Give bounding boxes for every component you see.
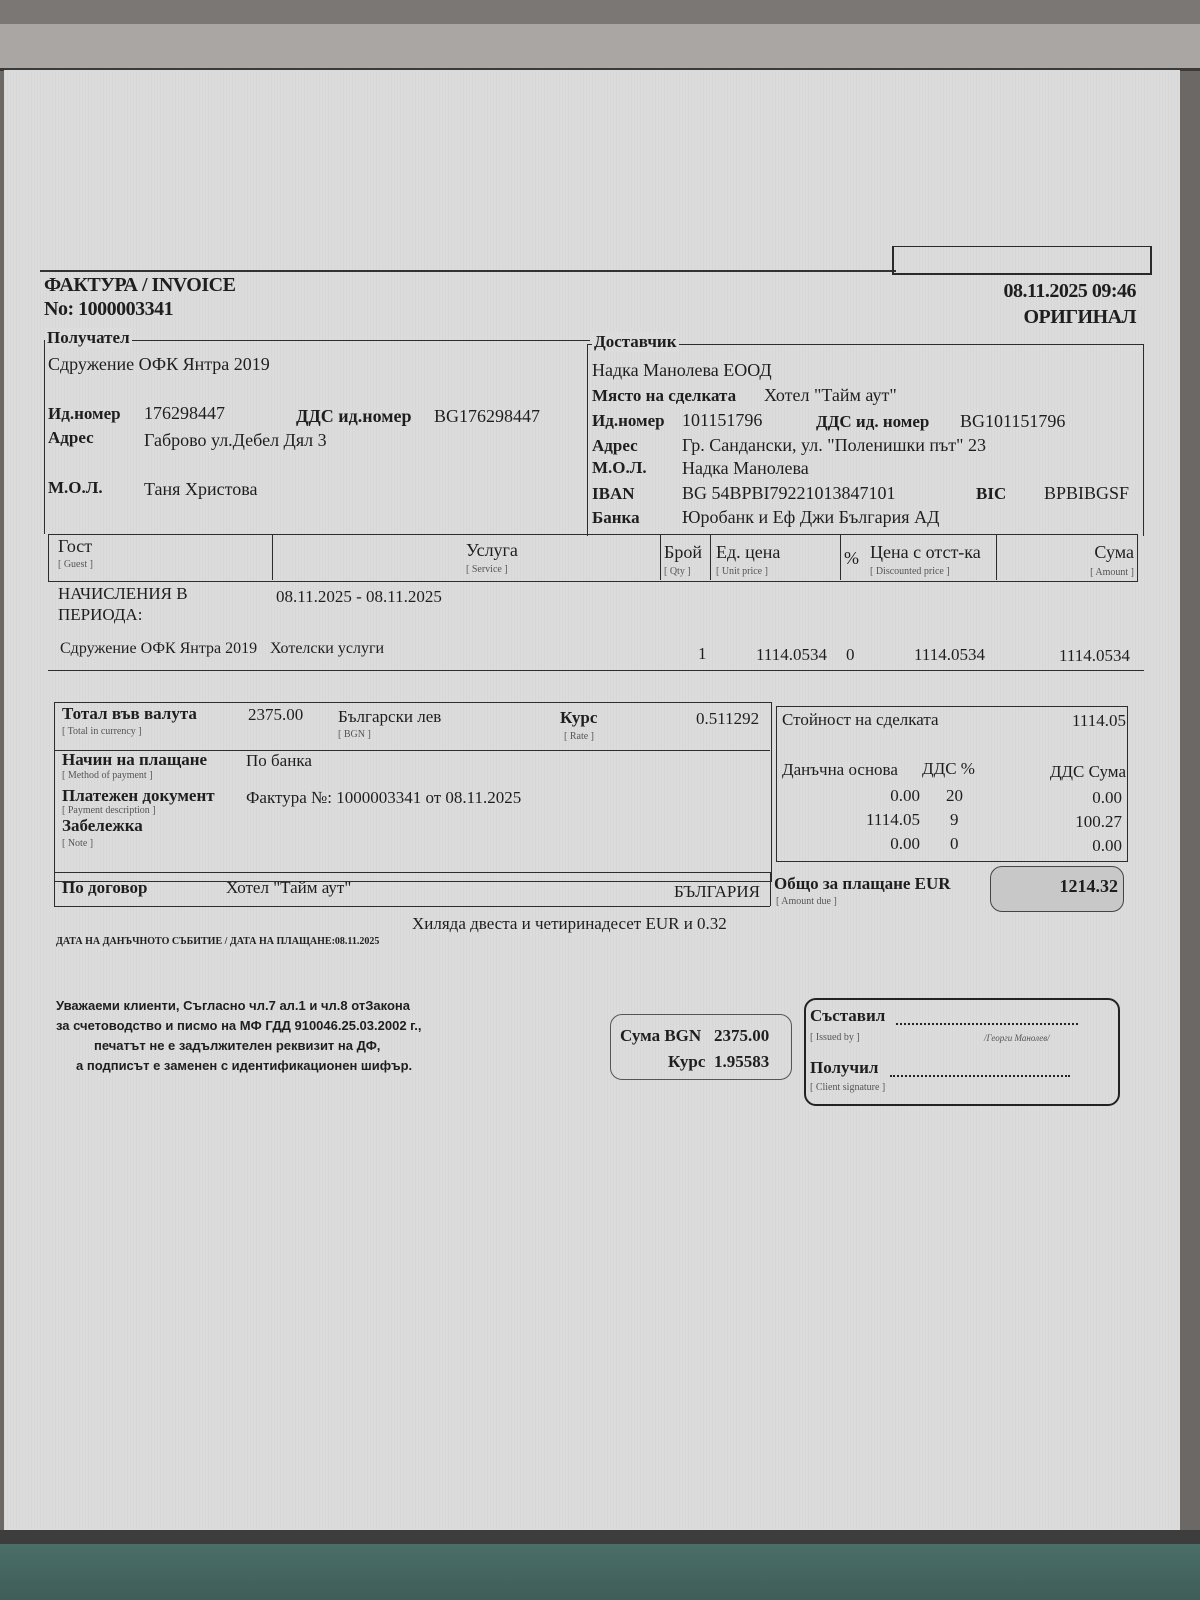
header-blank-box xyxy=(892,246,1152,275)
vat-row-base: 0.00 xyxy=(890,834,920,854)
col-unit-price-header: Ед. цена xyxy=(716,542,780,563)
col-service-sub: [ Service ] xyxy=(466,564,508,575)
note-sub: [ Note ] xyxy=(62,838,93,849)
col-qty-header: Брой xyxy=(664,542,702,563)
row-amount: 1114.0534 xyxy=(1059,646,1130,666)
rate-sub: [ Rate ] xyxy=(564,731,594,742)
bgn-sum-label: Сума BGN xyxy=(620,1026,701,1046)
payment-document-value: Фактура №: 1000003341 от 08.11.2025 xyxy=(246,788,521,808)
total-currency-sub: [ Total in currency ] xyxy=(62,726,142,737)
payment-document-label: Платежен документ xyxy=(62,786,215,806)
vat-row-base: 1114.05 xyxy=(866,810,920,830)
recipient-address-value: Габрово ул.Дебел Дял 3 xyxy=(144,430,327,451)
invoice-title: ФАКТУРА / INVOICE xyxy=(44,274,235,297)
period-label-2: ПЕРИОДА: xyxy=(58,605,142,625)
supplier-address-label: Адрес xyxy=(592,436,638,456)
monitor-bezel xyxy=(0,0,1200,24)
vat-row-amount: 0.00 xyxy=(1092,836,1122,856)
received-by-label: Получил xyxy=(810,1058,878,1078)
vat-row-pct: 20 xyxy=(946,786,963,806)
contract-value: Хотел "Тайм аут" xyxy=(226,878,351,898)
payment-method-value: По банка xyxy=(246,751,312,771)
vat-row-pct: 9 xyxy=(950,810,959,830)
supplier-place-label: Място на сделката xyxy=(592,386,736,406)
supplier-id-label: Ид.номер xyxy=(592,411,665,431)
contract-label: По договор xyxy=(62,878,147,898)
recipient-id-label: Ид.номер xyxy=(48,404,121,424)
issued-by-sub: [ Issued by ] xyxy=(810,1032,860,1043)
supplier-place-value: Хотел "Тайм аут" xyxy=(764,385,897,406)
col-unit-price-sub: [ Unit price ] xyxy=(716,566,768,577)
col-guest-header: Гост xyxy=(58,536,92,557)
vat-row-pct: 0 xyxy=(950,834,959,854)
amount-due-label: Общо за плащане EUR xyxy=(774,874,951,894)
bgn-rate-label: Курс xyxy=(668,1052,705,1072)
copy-label: ОРИГИНАЛ xyxy=(1023,306,1136,329)
received-by-signature-line xyxy=(890,1062,1070,1077)
col-amount-header: Сума xyxy=(1094,542,1134,563)
vat-amount-label: ДДС Сума xyxy=(1050,762,1126,782)
payment-document-sub: [ Payment description ] xyxy=(62,805,156,816)
recipient-mol-value: Таня Христова xyxy=(144,479,257,500)
notice-line-1: Уважаеми клиенти, Съгласно чл.7 ал.1 и ч… xyxy=(56,998,410,1013)
recipient-name: Сдружение ОФК Янтра 2019 xyxy=(48,354,270,375)
country: БЪЛГАРИЯ xyxy=(674,882,760,902)
screen-top-strip xyxy=(0,24,1200,71)
recipient-vat-label: ДДС ид.номер xyxy=(296,406,412,427)
supplier-iban-label: IBAN xyxy=(592,484,635,504)
invoice-datetime: 08.11.2025 09:46 xyxy=(1003,280,1136,303)
period-value: 08.11.2025 - 08.11.2025 xyxy=(276,587,442,607)
supplier-bic-label: BIC xyxy=(976,484,1006,504)
supplier-id-value: 101151796 xyxy=(682,410,762,431)
recipient-vat-value: BG176298447 xyxy=(434,406,540,427)
col-amount-sub: [ Amount ] xyxy=(1090,567,1134,578)
period-label-1: НАЧИСЛЕНИЯ В xyxy=(58,584,188,604)
items-bottom-line xyxy=(48,670,1144,671)
tax-base-label: Данъчна основа xyxy=(782,760,898,780)
amount-in-words: Хиляда двеста и четиринадесет EUR и 0.32 xyxy=(412,914,727,934)
supplier-iban-value: BG 54BPBI79221013847101 xyxy=(682,483,896,504)
total-currency-value: 2375.00 xyxy=(248,705,303,725)
note-label: Забележка xyxy=(62,816,143,836)
invoice-page: ФАКТУРА / INVOICE No: 1000003341 08.11.2… xyxy=(4,70,1180,1530)
supplier-mol-value: Надка Манолева xyxy=(682,458,809,479)
vat-pct-label: ДДС % xyxy=(922,759,975,779)
vat-row-amount: 0.00 xyxy=(1092,788,1122,808)
row-qty: 1 xyxy=(698,644,707,664)
supplier-bic-value: BPBIBGSF xyxy=(1044,483,1129,504)
bgn-rate-value: 1.95583 xyxy=(714,1052,769,1072)
col-discounted-price-header: Цена с отст-ка xyxy=(870,542,981,563)
col-discounted-price-sub: [ Discounted price ] xyxy=(870,566,950,577)
amount-due-value: 1214.32 xyxy=(1060,876,1119,897)
row-discounted-price: 1114.0534 xyxy=(914,645,985,665)
issued-by-name: /Георги Манолев/ xyxy=(984,1033,1050,1043)
bgn-sum-value: 2375.00 xyxy=(714,1026,769,1046)
recipient-id-value: 176298447 xyxy=(144,403,225,424)
row-discount: 0 xyxy=(846,645,855,665)
invoice-number: No: 1000003341 xyxy=(44,298,173,321)
rate-value: 0.511292 xyxy=(696,709,759,729)
supplier-mol-label: М.О.Л. xyxy=(592,458,647,478)
currency-sub: [ BGN ] xyxy=(338,729,371,740)
recipient-label: Получател xyxy=(45,328,132,348)
row-service: Хотелски услуги xyxy=(270,640,384,658)
notice-line-4: а подписът е заменен с идентификационен … xyxy=(76,1058,412,1073)
col-discount-header: % xyxy=(844,548,859,569)
vat-row-amount: 100.27 xyxy=(1075,812,1122,832)
supplier-vat-label: ДДС ид. номер xyxy=(816,412,929,432)
supplier-bank-label: Банка xyxy=(592,508,640,528)
row-guest: Сдружение ОФК Янтра 2019 xyxy=(60,640,257,658)
recipient-address-label: Адрес xyxy=(48,428,94,448)
payment-method-label: Начин на плащане xyxy=(62,750,207,770)
monitor-bottom-edge xyxy=(0,1530,1200,1544)
issued-by-label: Съставил xyxy=(810,1006,885,1026)
vat-row-base: 0.00 xyxy=(890,786,920,806)
payment-method-sub: [ Method of payment ] xyxy=(62,770,153,781)
col-qty-sub: [ Qty ] xyxy=(664,566,691,577)
received-by-sub: [ Client signature ] xyxy=(810,1082,885,1093)
amount-due-sub: [ Amount due ] xyxy=(776,896,837,907)
tax-event-date: ДАТА НА ДАНЪЧНОТО СЪБИТИЕ / ДАТА НА ПЛАЩ… xyxy=(56,936,379,947)
supplier-address-value: Гр. Сандански, ул. "Поленишки път" 23 xyxy=(682,435,986,456)
rate-label: Курс xyxy=(560,708,597,728)
issued-by-signature-line xyxy=(896,1010,1078,1025)
supplier-bank-value: Юробанк и Еф Джи България АД xyxy=(682,507,939,528)
recipient-mol-label: М.О.Л. xyxy=(48,478,103,498)
notice-line-3: печатът не е задължителен реквизит на ДФ… xyxy=(94,1038,380,1053)
row-unit-price: 1114.0534 xyxy=(756,645,827,665)
total-currency-label: Тотал във валута xyxy=(62,704,197,724)
col-guest-sub: [ Guest ] xyxy=(58,559,93,570)
supplier-label: Доставчик xyxy=(592,332,679,352)
supplier-name: Надка Манолева ЕООД xyxy=(592,360,772,381)
supplier-vat-value: BG101151796 xyxy=(960,411,1065,432)
deal-value: 1114.05 xyxy=(1072,711,1126,731)
header-divider xyxy=(40,270,896,272)
notice-line-2: за счетоводство и писмо на МФ ГДД 910046… xyxy=(56,1018,422,1033)
desk-background xyxy=(0,1544,1200,1600)
currency-name: Български лев xyxy=(338,707,441,727)
deal-value-label: Стойност на сделката xyxy=(782,710,939,730)
col-service-header: Услуга xyxy=(466,540,518,561)
